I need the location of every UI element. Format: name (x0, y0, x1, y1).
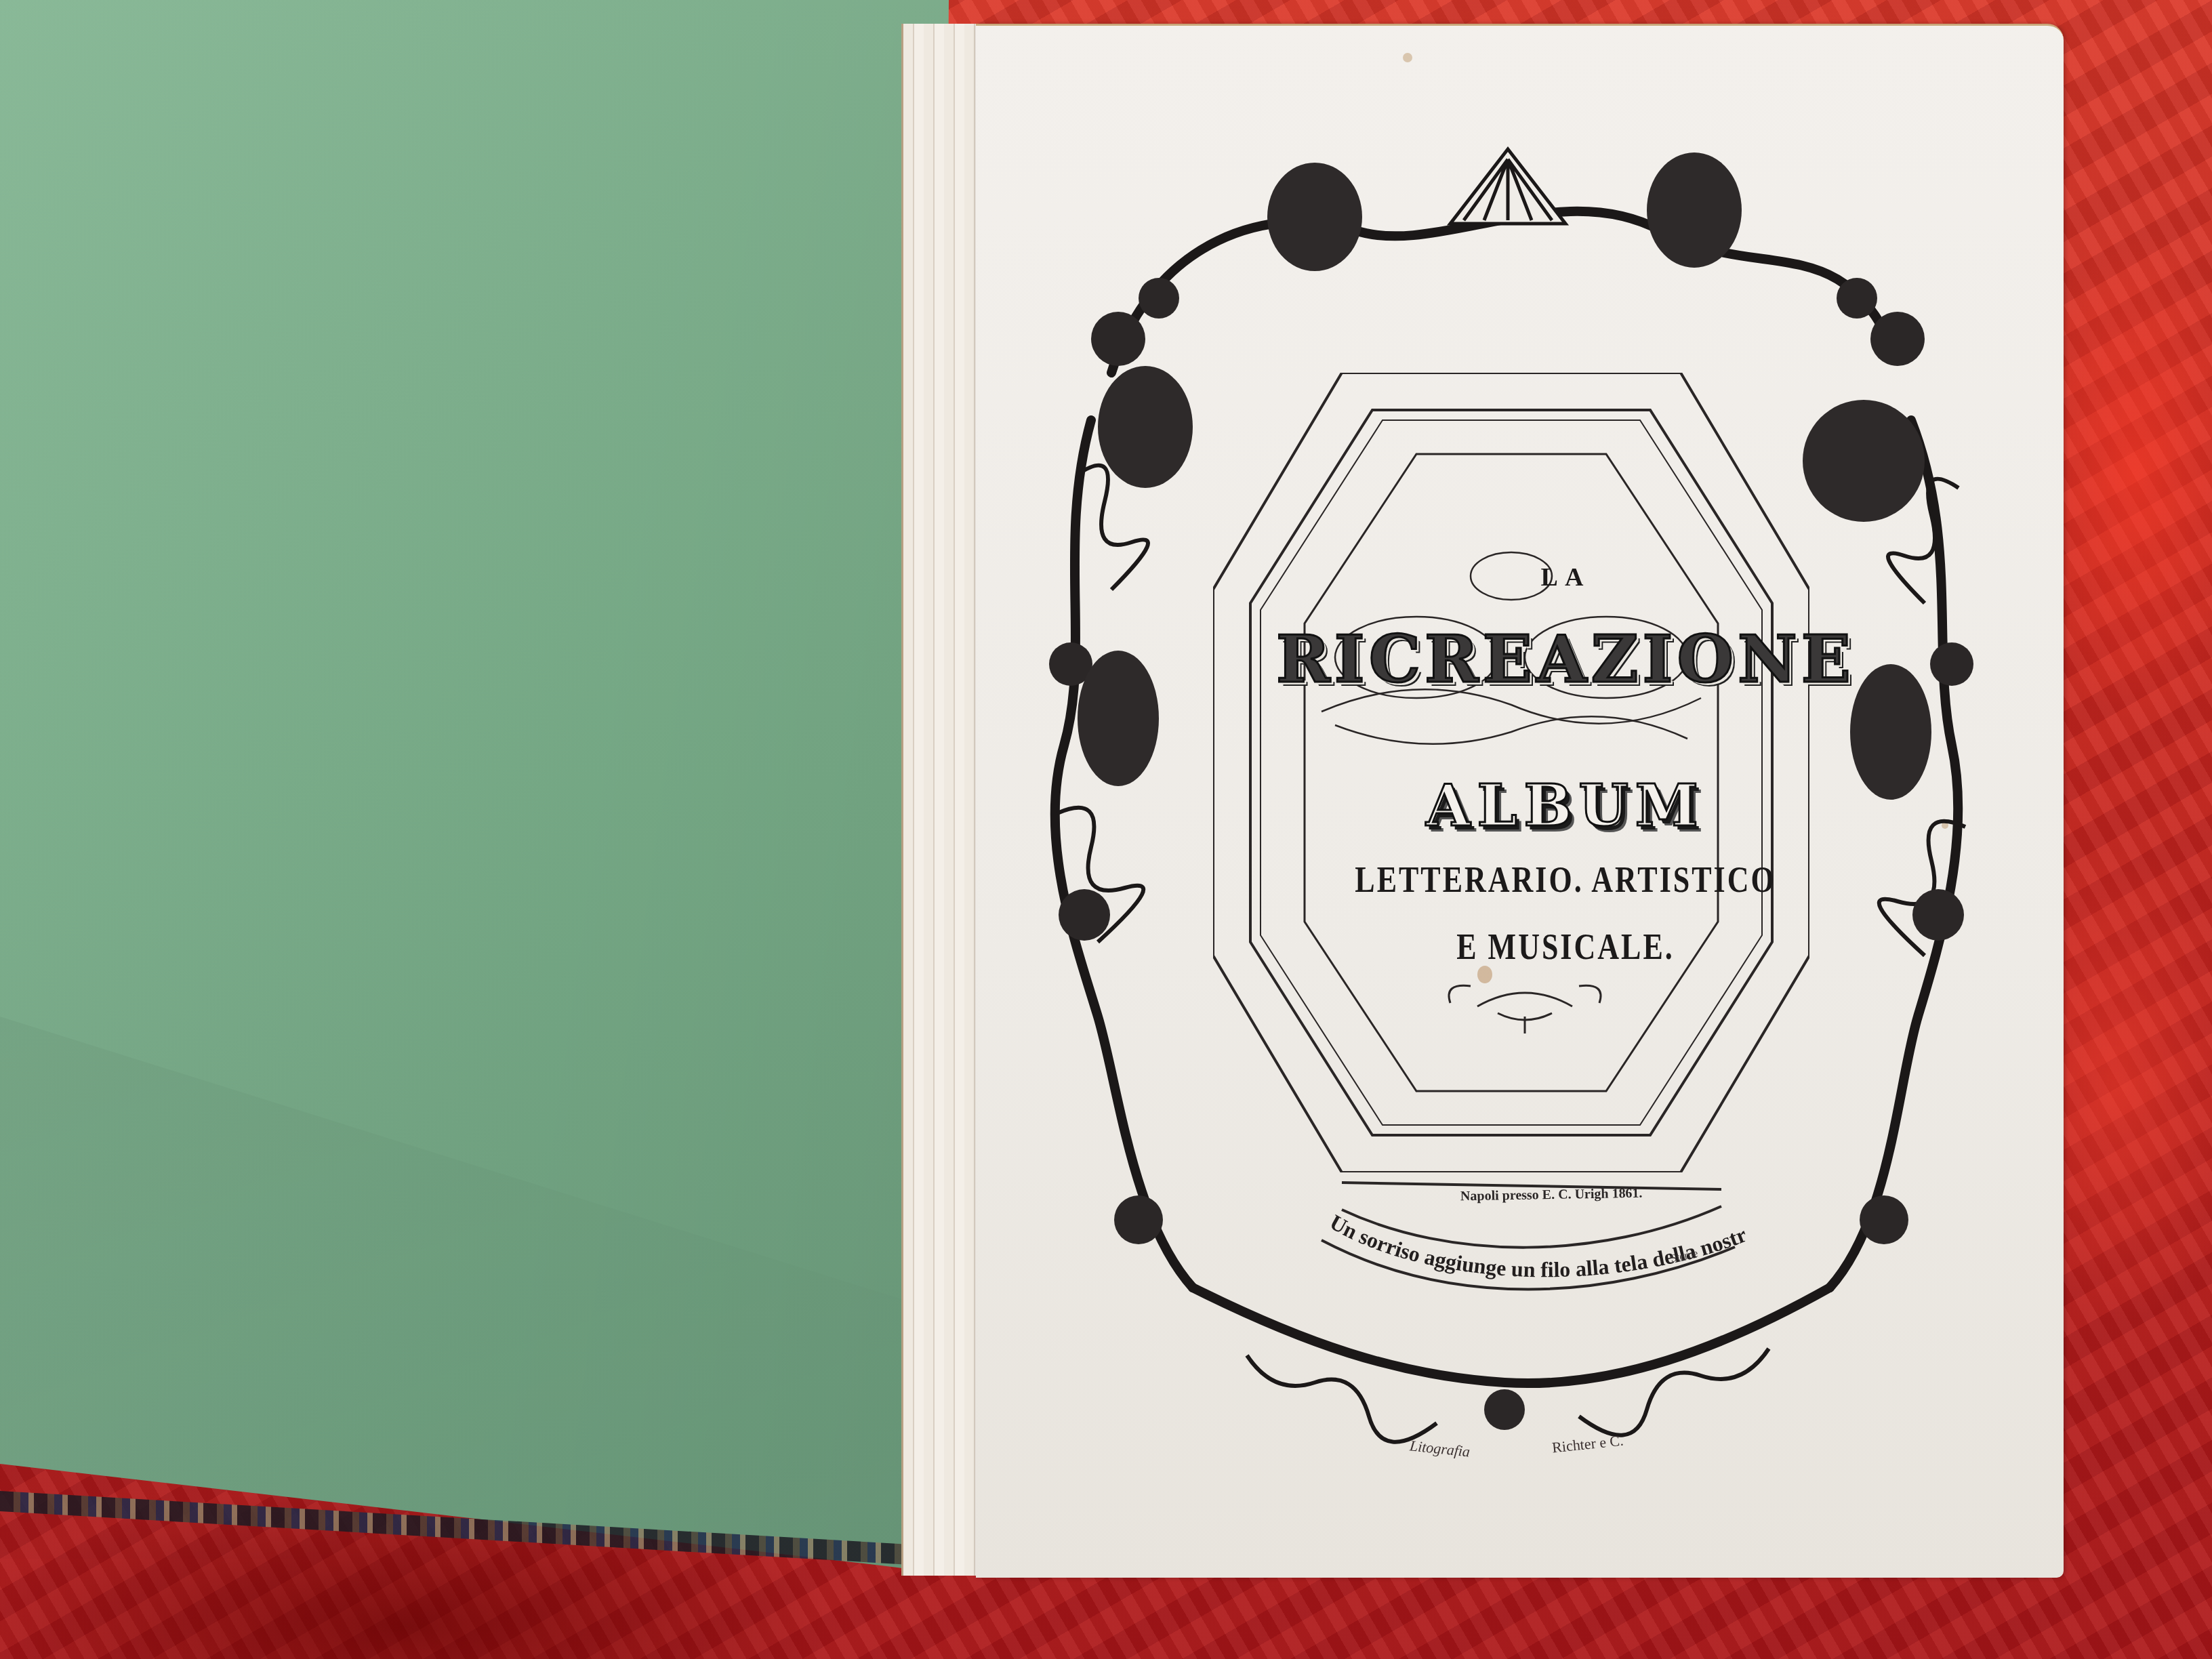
foxing-spot (1477, 966, 1492, 983)
title-article: LA (1274, 562, 1857, 592)
album-title: ALBUM (1426, 772, 1704, 839)
subtitle-line-1: LETTERARIO. ARTISTICO (1274, 858, 1857, 901)
publisher-imprint: Napoli presso E. C. Urigh 1861. (1460, 1186, 1643, 1205)
subtitle-line-2: E MUSICALE. (1274, 925, 1857, 968)
trumpeter-figure-right-icon (1647, 152, 1742, 268)
motto: Un sorriso aggiunge un filo alla tela de… (1328, 1213, 1708, 1281)
figure-right-icon (1850, 664, 1931, 800)
musician-figure-left-icon (1267, 163, 1362, 271)
candle-figure-left-icon (1078, 651, 1159, 786)
shell-cartouche-icon (1450, 149, 1565, 224)
title-block: LA RICREAZIONE ALBUM LETTERARIO. ARTISTI… (1274, 542, 1857, 964)
lyre-scroll-vignette-icon (1437, 976, 1613, 1037)
main-title: RICREAZIONE (1276, 621, 1855, 697)
couple-figure-right-icon (1803, 400, 1925, 522)
foxing-spot (1403, 53, 1412, 62)
reading-figure-left-icon (1098, 366, 1193, 488)
